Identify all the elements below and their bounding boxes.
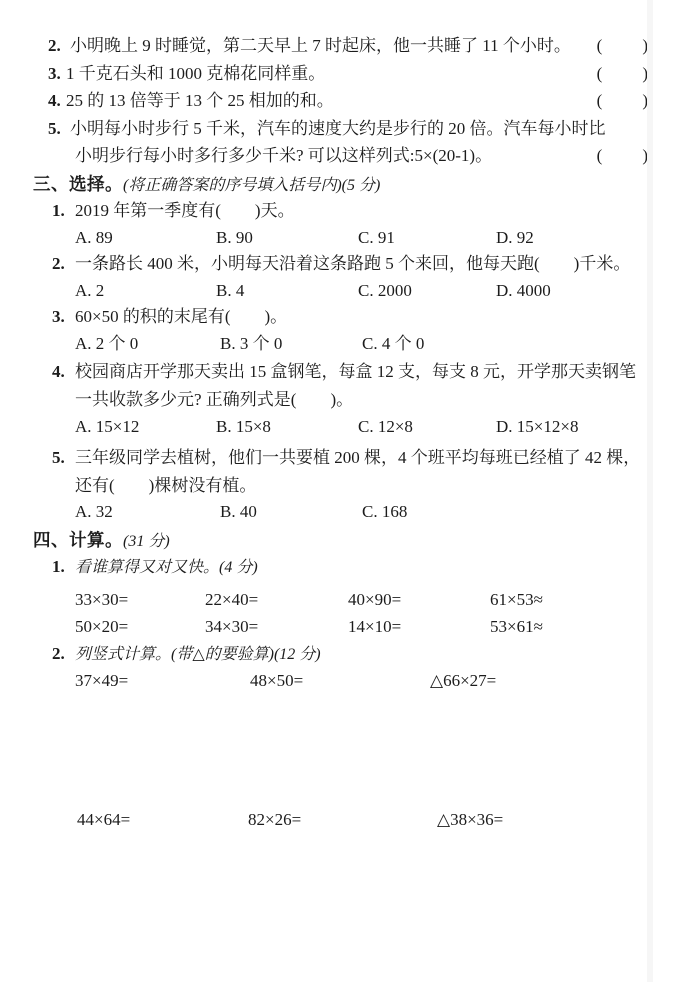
- option-b: B. 3 个 0: [220, 334, 282, 354]
- oral-calc-label: 1. 看谁算得又对又快。(4 分): [0, 557, 675, 579]
- judge-item-4: 4. 25 的 13 倍等于 13 个 25 相加的和。 ( ): [0, 91, 675, 113]
- question-text: 还有( )棵树没有植。: [75, 476, 256, 496]
- expression: 82×26=: [248, 810, 301, 830]
- option-d: D. 92: [496, 228, 534, 248]
- item-text: 小明每小时步行 5 千米，汽车的速度大约是步行的 20 倍。汽车每小时比: [70, 119, 606, 139]
- expression: △38×36=: [437, 810, 503, 830]
- option-b: B. 15×8: [216, 417, 271, 437]
- item-text: 25 的 13 倍等于 13 个 25 相加的和。: [66, 91, 334, 111]
- question-number: 5.: [52, 448, 65, 468]
- item-number: 2.: [48, 36, 61, 56]
- expression: △66×27=: [430, 671, 496, 691]
- expression: 61×53≈: [490, 590, 543, 610]
- answer-bracket: ( ): [597, 64, 650, 84]
- item-text: 1 千克石头和 1000 克棉花同样重。: [66, 64, 325, 84]
- answer-bracket: ( ): [597, 146, 650, 166]
- section-4-heading: 四、计算。(31 分): [33, 530, 170, 552]
- expression: 48×50=: [250, 671, 303, 691]
- section-3-heading: 三、选择。(将正确答案的序号填入括号内)(5 分): [33, 174, 380, 196]
- item-text: 小明步行每小时多行多少千米? 可以这样列式:5×(20-1)。: [75, 146, 492, 166]
- option-b: B. 90: [216, 228, 253, 248]
- subitem-label: 列竖式计算。: [75, 646, 171, 663]
- expression: 44×64=: [77, 810, 130, 830]
- option-c: C. 12×8: [358, 417, 413, 437]
- option-c: C. 2000: [358, 281, 412, 301]
- question-text: 一条路长 400 米，小明每天沿着这条路跑 5 个来回，他每天跑( )千米。: [75, 254, 630, 274]
- subitem-note: (带△的要验算)(12 分): [171, 646, 321, 663]
- choice-options-4: A. 15×12 B. 15×8 C. 12×8 D. 15×12×8: [0, 417, 675, 439]
- option-b: B. 4: [216, 281, 244, 301]
- item-number: 4.: [48, 91, 61, 111]
- vertical-calc-row-2: 44×64= 82×26= △38×36=: [0, 810, 675, 832]
- item-number: 5.: [48, 119, 61, 139]
- expression: 34×30=: [205, 617, 258, 637]
- question-number: 2.: [52, 254, 65, 274]
- item-text: 小明晚上 9 时睡觉，第二天早上 7 时起床，他一共睡了 11 个小时。: [70, 36, 571, 56]
- choice-question-1: 1. 2019 年第一季度有( )天。: [0, 201, 675, 223]
- expression: 40×90=: [348, 590, 401, 610]
- section-score: (31 分): [123, 533, 170, 550]
- option-a: A. 2: [75, 281, 104, 301]
- option-a: A. 15×12: [75, 417, 139, 437]
- choice-question-3: 3. 60×50 的积的末尾有( )。: [0, 307, 675, 329]
- vertical-calc-label: 2. 列竖式计算。(带△的要验算)(12 分): [0, 644, 675, 666]
- option-c: C. 4 个 0: [362, 334, 424, 354]
- expression: 53×61≈: [490, 617, 543, 637]
- subitem-number: 2.: [52, 644, 65, 664]
- item-number: 3.: [48, 64, 61, 84]
- choice-options-1: A. 89 B. 90 C. 91 D. 92: [0, 228, 675, 250]
- choice-options-2: A. 2 B. 4 C. 2000 D. 4000: [0, 281, 675, 303]
- choice-options-3: A. 2 个 0 B. 3 个 0 C. 4 个 0: [0, 334, 675, 356]
- expression: 37×49=: [75, 671, 128, 691]
- choice-question-5-line1: 5. 三年级同学去植树，他们一共要植 200 棵，4 个班平均每班已经植了 42…: [0, 448, 675, 470]
- question-number: 4.: [52, 362, 65, 382]
- option-a: A. 32: [75, 502, 113, 522]
- option-d: D. 15×12×8: [496, 417, 578, 437]
- choice-question-4-line1: 4. 校园商店开学那天卖出 15 盒钢笔，每盒 12 支，每支 8 元，开学那天…: [0, 362, 675, 384]
- option-a: A. 2 个 0: [75, 334, 138, 354]
- section-title: 四、计算。: [33, 530, 123, 550]
- choice-question-4-line2: 一共收款多少元? 正确列式是( )。: [0, 390, 675, 412]
- answer-bracket: ( ): [597, 91, 650, 111]
- question-text: 校园商店开学那天卖出 15 盒钢笔，每盒 12 支，每支 8 元，开学那天卖钢笔: [75, 362, 636, 382]
- vertical-calc-row-1: 37×49= 48×50= △66×27=: [0, 671, 675, 693]
- question-text: 一共收款多少元? 正确列式是( )。: [75, 390, 353, 410]
- choice-question-2: 2. 一条路长 400 米，小明每天沿着这条路跑 5 个来回，他每天跑( )千米…: [0, 254, 675, 276]
- question-text: 三年级同学去植树，他们一共要植 200 棵，4 个班平均每班已经植了 42 棵，: [75, 448, 640, 468]
- question-text: 2019 年第一季度有( )天。: [75, 201, 295, 221]
- question-number: 1.: [52, 201, 65, 221]
- worksheet-page: 2. 小明晚上 9 时睡觉，第二天早上 7 时起床，他一共睡了 11 个小时。 …: [0, 0, 675, 982]
- expression: 33×30=: [75, 590, 128, 610]
- answer-bracket: ( ): [597, 36, 650, 56]
- section-instructions: (将正确答案的序号填入括号内)(5 分): [123, 177, 380, 194]
- judge-item-5-line1: 5. 小明每小时步行 5 千米，汽车的速度大约是步行的 20 倍。汽车每小时比: [0, 119, 675, 141]
- section-title: 三、选择。: [33, 174, 123, 194]
- option-d: D. 4000: [496, 281, 551, 301]
- subitem-number: 1.: [52, 557, 65, 577]
- option-c: C. 91: [358, 228, 395, 248]
- oral-calc-row-2: 50×20= 34×30= 14×10= 53×61≈: [0, 617, 675, 639]
- option-c: C. 168: [362, 502, 407, 522]
- choice-question-5-line2: 还有( )棵树没有植。: [0, 476, 675, 498]
- judge-item-5-line2: 小明步行每小时多行多少千米? 可以这样列式:5×(20-1)。 ( ): [0, 146, 675, 168]
- question-text: 60×50 的积的末尾有( )。: [75, 307, 287, 327]
- subitem-score: (4 分): [219, 559, 258, 576]
- expression: 14×10=: [348, 617, 401, 637]
- question-number: 3.: [52, 307, 65, 327]
- judge-item-2: 2. 小明晚上 9 时睡觉，第二天早上 7 时起床，他一共睡了 11 个小时。 …: [0, 36, 675, 58]
- choice-options-5: A. 32 B. 40 C. 168: [0, 502, 675, 524]
- oral-calc-row-1: 33×30= 22×40= 40×90= 61×53≈: [0, 590, 675, 612]
- page-edge-shadow: [647, 0, 653, 982]
- option-b: B. 40: [220, 502, 257, 522]
- expression: 50×20=: [75, 617, 128, 637]
- expression: 22×40=: [205, 590, 258, 610]
- judge-item-3: 3. 1 千克石头和 1000 克棉花同样重。 ( ): [0, 64, 675, 86]
- option-a: A. 89: [75, 228, 113, 248]
- subitem-label: 看谁算得又对又快。: [75, 559, 219, 576]
